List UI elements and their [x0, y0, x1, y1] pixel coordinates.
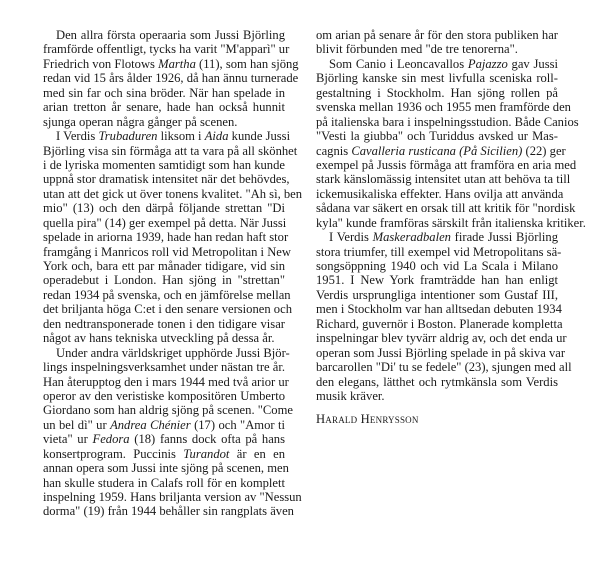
text-line: un bel dì" ur Andrea Chénier (17) och "A… — [43, 418, 285, 432]
text-line: operan som Jussi Björling spelade in på … — [316, 346, 558, 360]
paragraph: om arian på senare år för den stora publ… — [316, 28, 558, 57]
italic-title: Cavalleria rusticana (På Sicilien) — [351, 144, 522, 158]
text-line: blivit förbunden med "de tre tenorerna". — [316, 42, 558, 56]
paragraph: Den allra första operaaria som Jussi Bjö… — [43, 28, 285, 129]
italic-title: Aida — [205, 129, 229, 143]
text-run: Richard, guvernör i Boston. Planerade ko… — [316, 317, 563, 331]
text-line: Han återupptog den i mars 1944 med två a… — [43, 375, 285, 389]
text-run: uppnå stor dramatisk intensitet när det … — [43, 172, 290, 186]
text-run: den elegans, lätthet och rytmkänsla som … — [316, 375, 558, 389]
text-line: sådana var säkert en orsak till att krit… — [316, 201, 558, 215]
text-run: songsöppning 1940 och vid La Scala i Mil… — [316, 259, 558, 273]
text-run: Friedrich von Flotows — [43, 57, 158, 71]
text-line: med sin far och sina bröder. När han spe… — [43, 86, 285, 100]
text-run: Som Canio i Leoncavallos — [329, 57, 468, 71]
author-signature: Harald Henrysson — [316, 412, 558, 426]
text-run: operan som Jussi Björling spelade in på … — [316, 346, 565, 360]
italic-title: Pajazzo — [468, 57, 508, 71]
text-run: inspelningar blev tyvärr aldrig av, och … — [316, 331, 567, 345]
text-run: utan att det gick ut över tonens kvalite… — [43, 187, 302, 201]
text-run: (11), som han sjöng — [196, 57, 299, 71]
text-run: Under andra världskriget upphörde Jussi … — [56, 346, 290, 360]
text-run: "Vesti la giubba" och Turiddus avsked ur… — [316, 129, 558, 143]
text-run: gestaltning i Stockholm. Han sjöng rolle… — [316, 86, 558, 100]
text-line: det briljanta höga C:et i den senare ver… — [43, 302, 285, 316]
text-line: gestaltning i Stockholm. Han sjöng rolle… — [316, 86, 558, 100]
text-run: inspelning 1959. Hans briljanta version … — [43, 490, 302, 504]
text-run: liksom i — [157, 129, 204, 143]
text-run: är en en — [229, 447, 285, 461]
text-run: Björling visa sin förmåga att ta vara på… — [43, 144, 297, 158]
text-line: sjunga operan några gånger på scenen. — [43, 115, 285, 129]
italic-title: Turandot — [183, 447, 229, 461]
text-line: redan vid 15 års ålder 1926, då han ännu… — [43, 71, 285, 85]
text-line: Friedrich von Flotows Martha (11), som h… — [43, 57, 285, 71]
text-run: något av hans tekniska utveckling på des… — [43, 331, 275, 345]
text-run: exempel på Jussis förmåga att framföra e… — [316, 158, 576, 172]
paragraph: Under andra världskriget upphörde Jussi … — [43, 346, 285, 519]
text-line: Under andra världskriget upphörde Jussi … — [43, 346, 285, 360]
text-run: quella pira" (14) ger exempel på detta. … — [43, 216, 286, 230]
text-run: (17) och "Amor ti — [191, 418, 285, 432]
text-line: Som Canio i Leoncavallos Pajazzo gav Jus… — [316, 57, 558, 71]
text-line: York och, bara ett par månader tidigare,… — [43, 259, 285, 273]
text-line: stora triumfer, till exempel vid Metropo… — [316, 245, 558, 259]
text-line: om arian på senare år för den stora publ… — [316, 28, 558, 42]
text-run: gav Jussi — [508, 57, 558, 71]
text-run: mio" (13) och den därpå följande stretta… — [43, 201, 285, 215]
text-line: Den allra första operaaria som Jussi Bjö… — [43, 28, 285, 42]
text-run: blivit förbunden med "de tre tenorerna". — [316, 42, 518, 56]
text-run: Han återupptog den i mars 1944 med två a… — [43, 375, 289, 389]
text-line: stark känslomässig intensitet utan att b… — [316, 172, 558, 186]
text-run: det briljanta höga C:et i den senare ver… — [43, 302, 292, 316]
text-line: på italienska bara i inspelningsstudion.… — [316, 115, 558, 129]
text-run: (18) fanns dock ofta på hans — [130, 432, 285, 446]
text-line: barcarollen "Di' tu se fedele" (23), sju… — [316, 360, 558, 374]
text-run: annan opera som Jussi inte sjöng på scen… — [43, 461, 289, 475]
text-line: kyla" kunde framföras särskilt från ital… — [316, 216, 558, 230]
paragraph: I Verdis Trubaduren liksom i Aida kunde … — [43, 129, 285, 346]
right-column-body: om arian på senare år för den stora publ… — [316, 28, 558, 403]
text-run: framförde offentligt, tycks ha varit "M'… — [43, 42, 289, 56]
text-run: redan 1934 på svenska, och en jämförelse… — [43, 288, 291, 302]
left-column: Den allra första operaaria som Jussi Bjö… — [43, 28, 285, 519]
text-run: på italienska bara i inspelningsstudion.… — [316, 115, 579, 129]
text-line: exempel på Jussis förmåga att framföra e… — [316, 158, 558, 172]
text-line: Verdis ursprungliga intentioner som Gust… — [316, 288, 558, 302]
text-line: den elegans, lätthet och rytmkänsla som … — [316, 375, 558, 389]
text-line: svenska mellan 1936 och 1955 men framför… — [316, 100, 558, 114]
text-line: musik kräver. — [316, 389, 558, 403]
text-run: dorma" (19) från 1944 behåller sin rangp… — [43, 504, 294, 518]
text-run: I Verdis — [329, 230, 373, 244]
text-line: spelade in ariorna 1939, hade han redan … — [43, 230, 285, 244]
text-run: barcarollen "Di' tu se fedele" (23), sju… — [316, 360, 572, 374]
text-line: lings inspelningsverksamhet under nästan… — [43, 360, 285, 374]
text-line: den nedtransponerade tonen i den tidigar… — [43, 317, 285, 331]
text-run: Giordano som han aldrig sjöng på scenen.… — [43, 403, 293, 417]
text-run: York och, bara ett par månader tidigare,… — [43, 259, 285, 273]
text-run: sådana var säkert en orsak till att krit… — [316, 201, 575, 215]
text-line: ickemusikaliska effekter. Hans ovilja at… — [316, 187, 558, 201]
text-run: musik kräver. — [316, 389, 385, 403]
text-run: redan vid 15 års ålder 1926, då han ännu… — [43, 71, 298, 85]
text-run: arian tretton år senare, hade han också … — [43, 100, 285, 114]
text-line: operor av den veristiske kompositören Um… — [43, 389, 285, 403]
text-line: annan opera som Jussi inte sjöng på scen… — [43, 461, 285, 475]
text-line: I Verdis Maskeradbalen firade Jussi Björ… — [316, 230, 558, 244]
text-run: vieta" ur — [43, 432, 93, 446]
italic-title: Trubaduren — [98, 129, 157, 143]
paragraph: Som Canio i Leoncavallos Pajazzo gav Jus… — [316, 57, 558, 230]
text-line: mio" (13) och den därpå följande stretta… — [43, 201, 285, 215]
text-run: men i Stockholm var han alltsedan debute… — [316, 302, 562, 316]
text-run: ickemusikaliska effekter. Hans ovilja at… — [316, 187, 563, 201]
text-run: un bel dì" ur — [43, 418, 110, 432]
text-line: han skulle studera in Calafs roll för en… — [43, 476, 285, 490]
text-line: något av hans tekniska utveckling på des… — [43, 331, 285, 345]
text-line: Björling kanske sin mest livfulla scenis… — [316, 71, 558, 85]
text-run: stora triumfer, till exempel vid Metropo… — [316, 245, 561, 259]
text-run: cagnis — [316, 144, 351, 158]
text-run: 1951. I New York framträdde han han enli… — [316, 273, 558, 287]
text-run: framgång i Manricos roll vid Metropolita… — [43, 245, 291, 259]
paragraph: I Verdis Maskeradbalen firade Jussi Björ… — [316, 230, 558, 403]
text-run: kyla" kunde framföras särskilt från ital… — [316, 216, 586, 230]
text-line: men i Stockholm var han alltsedan debute… — [316, 302, 558, 316]
text-run: operadebut i London. Han sjöng in "stret… — [43, 273, 285, 287]
text-run: den nedtransponerade tonen i den tidigar… — [43, 317, 285, 331]
text-run: Verdis ursprungliga intentioner som Gust… — [316, 288, 558, 302]
text-run: konsertprogram. Puccinis — [43, 447, 183, 461]
text-line: "Vesti la giubba" och Turiddus avsked ur… — [316, 129, 558, 143]
text-run: om arian på senare år för den stora publ… — [316, 28, 558, 42]
italic-title: Maskeradbalen — [373, 230, 451, 244]
text-line: redan 1934 på svenska, och en jämförelse… — [43, 288, 285, 302]
text-run: Björling kanske sin mest livfulla scenis… — [316, 71, 558, 85]
text-line: inspelningar blev tyvärr aldrig av, och … — [316, 331, 558, 345]
text-run: stark känslomässig intensitet utan att b… — [316, 172, 570, 186]
text-run: med sin far och sina bröder. När han spe… — [43, 86, 285, 100]
text-run: operor av den veristiske kompositören Um… — [43, 389, 285, 403]
text-line: quella pira" (14) ger exempel på detta. … — [43, 216, 285, 230]
text-line: 1951. I New York framträdde han han enli… — [316, 273, 558, 287]
text-line: Björling visa sin förmåga att ta vara på… — [43, 144, 285, 158]
text-run: firade Jussi Björling — [451, 230, 558, 244]
text-line: I Verdis Trubaduren liksom i Aida kunde … — [43, 129, 285, 143]
text-run: svenska mellan 1936 och 1955 men framför… — [316, 100, 571, 114]
text-run: (22) ger — [522, 144, 565, 158]
text-line: konsertprogram. Puccinis Turandot är en … — [43, 447, 285, 461]
text-line: cagnis Cavalleria rusticana (På Sicilien… — [316, 144, 558, 158]
text-line: songsöppning 1940 och vid La Scala i Mil… — [316, 259, 558, 273]
text-line: i de lyriska momenten samtidigt som han … — [43, 158, 285, 172]
text-line: arian tretton år senare, hade han också … — [43, 100, 285, 114]
text-run: I Verdis — [56, 129, 98, 143]
text-run: han skulle studera in Calafs roll för en… — [43, 476, 285, 490]
text-line: Giordano som han aldrig sjöng på scenen.… — [43, 403, 285, 417]
right-column: om arian på senare år för den stora publ… — [316, 28, 558, 427]
text-run: i de lyriska momenten samtidigt som han … — [43, 158, 285, 172]
text-line: utan att det gick ut över tonens kvalite… — [43, 187, 285, 201]
text-run: sjunga operan några gånger på scenen. — [43, 115, 237, 129]
text-line: Richard, guvernör i Boston. Planerade ko… — [316, 317, 558, 331]
text-line: framförde offentligt, tycks ha varit "M'… — [43, 42, 285, 56]
italic-title: Fedora — [93, 432, 130, 446]
text-run: kunde Jussi — [229, 129, 291, 143]
italic-title: Martha — [158, 57, 196, 71]
text-line: vieta" ur Fedora (18) fanns dock ofta på… — [43, 432, 285, 446]
text-run: lings inspelningsverksamhet under nästan… — [43, 360, 285, 374]
text-line: dorma" (19) från 1944 behåller sin rangp… — [43, 504, 285, 518]
text-run: Den allra första operaaria som Jussi Bjö… — [56, 28, 285, 42]
italic-title: Andrea Chénier — [110, 418, 191, 432]
text-line: uppnå stor dramatisk intensitet när det … — [43, 172, 285, 186]
text-line: framgång i Manricos roll vid Metropolita… — [43, 245, 285, 259]
text-run: spelade in ariorna 1939, hade han redan … — [43, 230, 288, 244]
text-line: operadebut i London. Han sjöng in "stret… — [43, 273, 285, 287]
text-line: inspelning 1959. Hans briljanta version … — [43, 490, 285, 504]
